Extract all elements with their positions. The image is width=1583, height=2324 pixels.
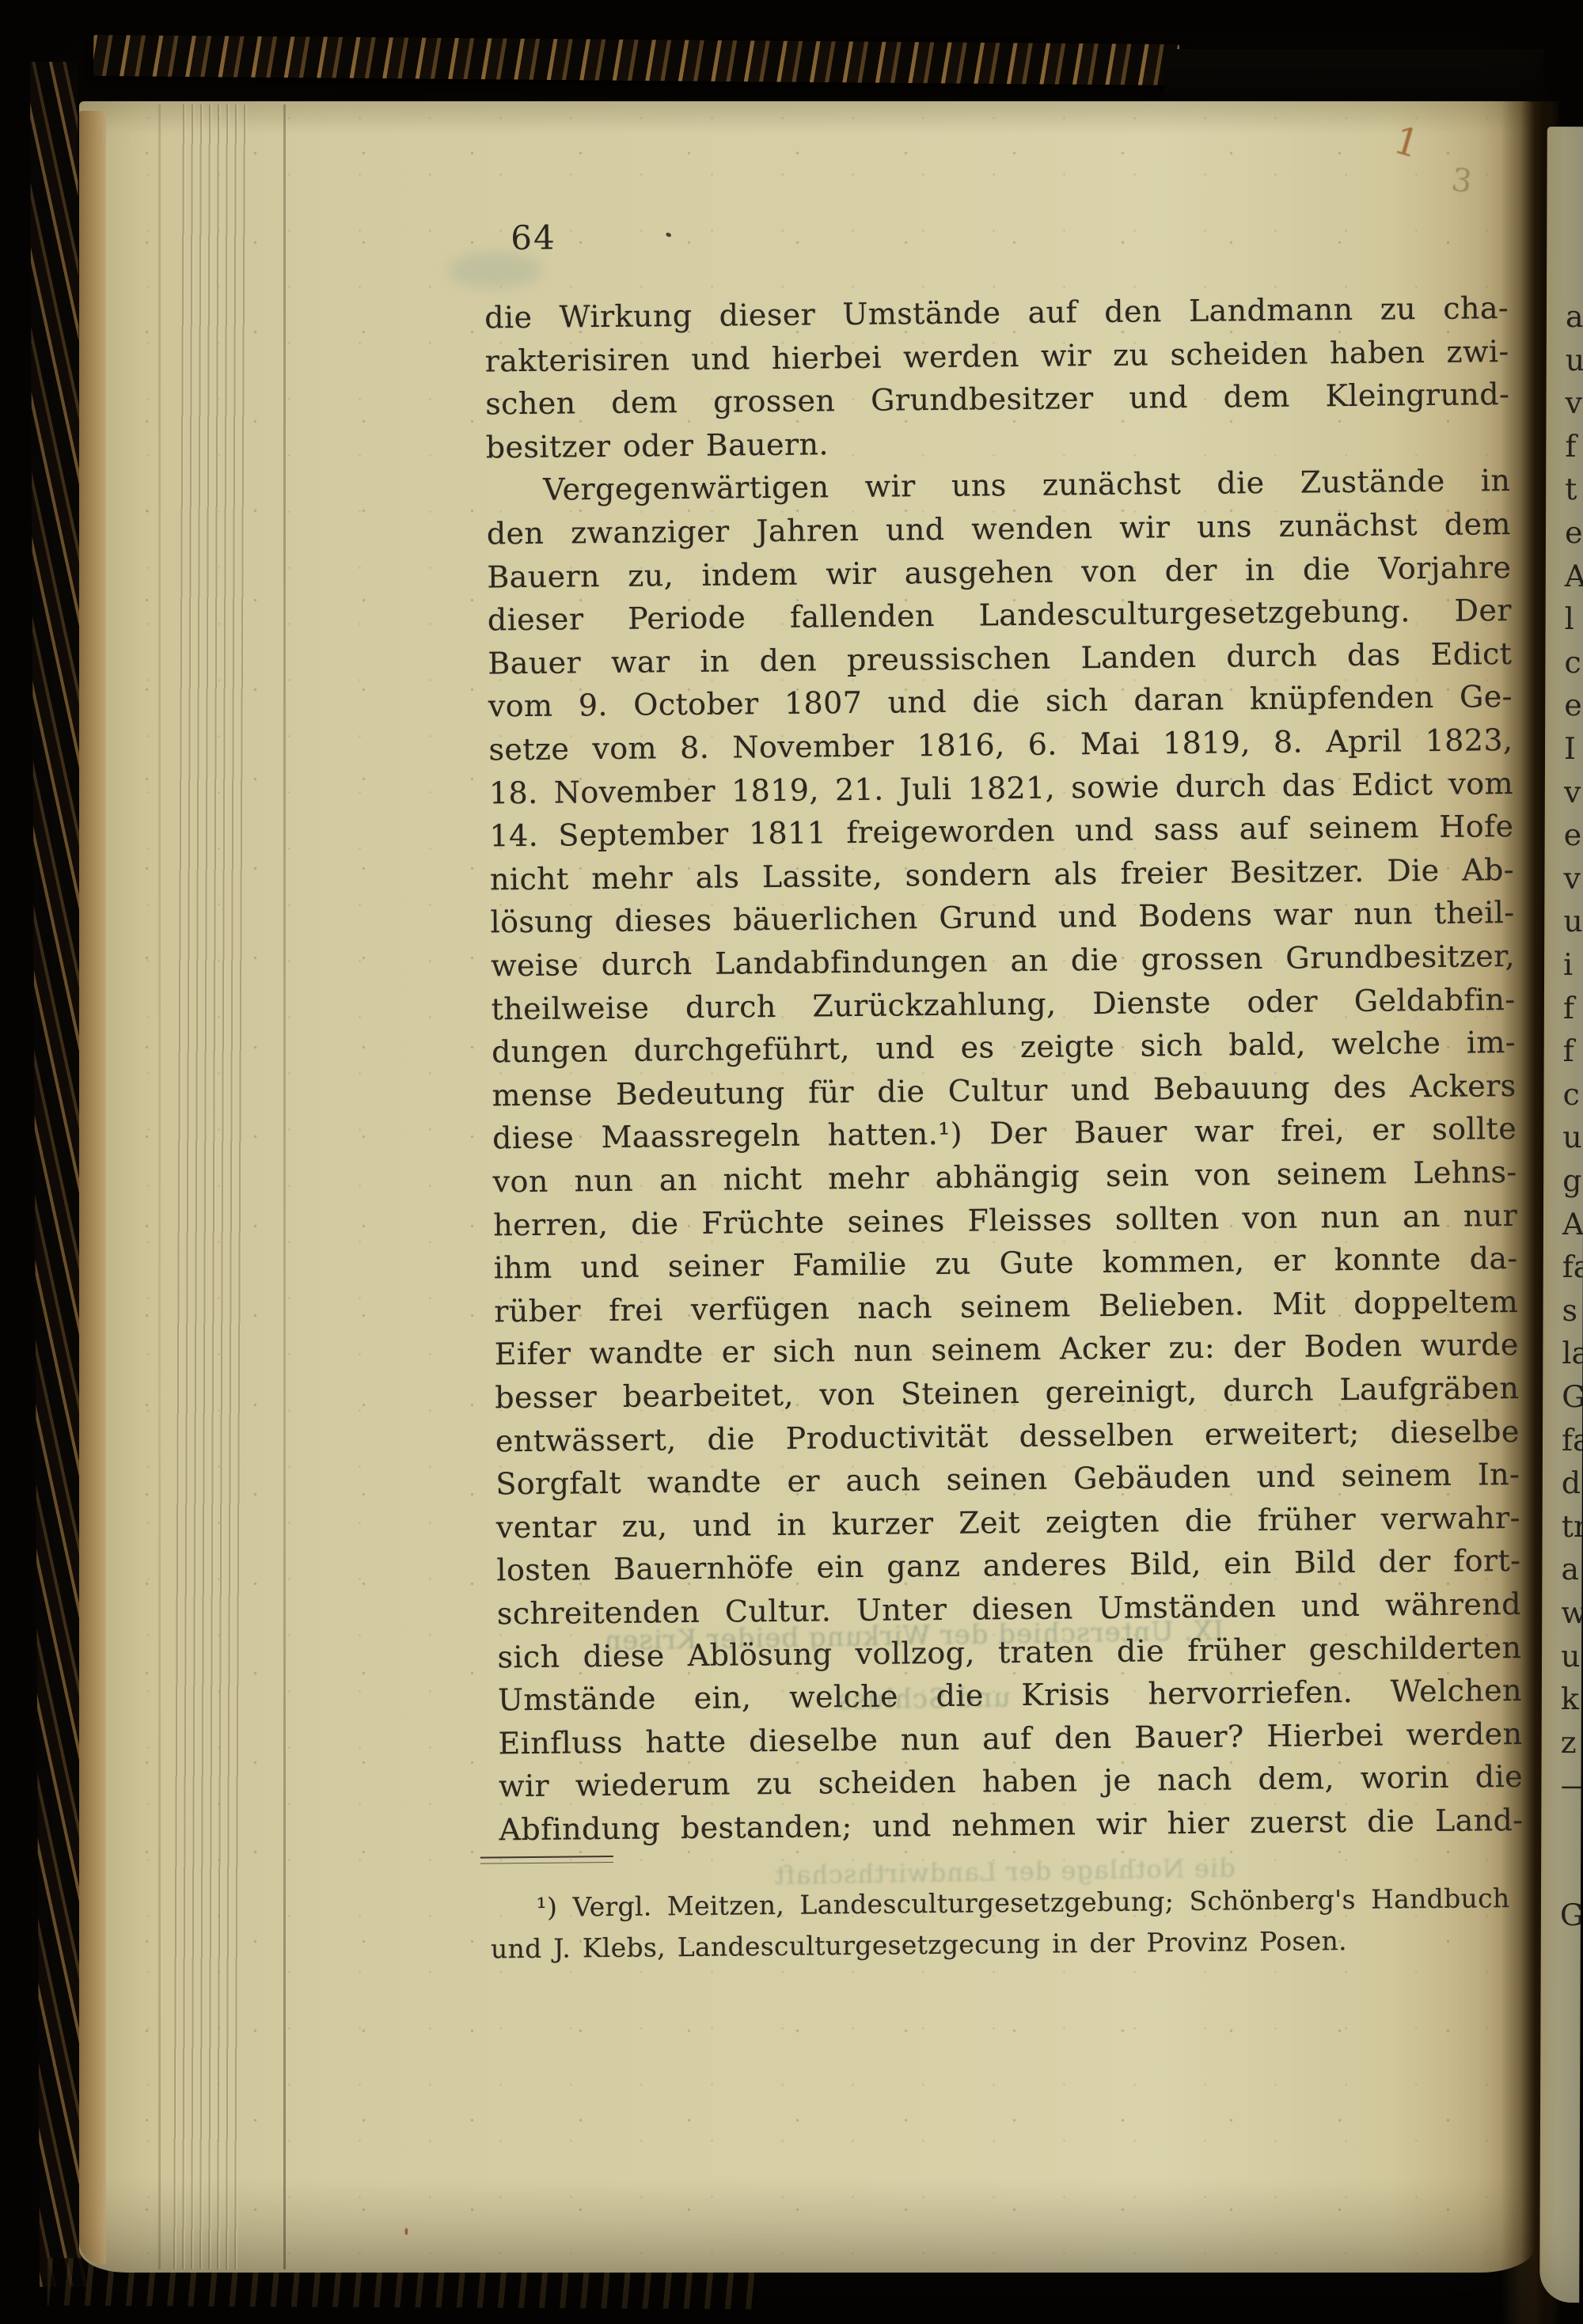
footnote-separator-rule (480, 1856, 613, 1864)
body-text: die Wirkung dieser Umstände auf den Land… (0, 0, 1580, 5)
red-fleck (404, 2228, 408, 2235)
printed-text-layer: IX. Unterschied der Wirkung beider Krise… (0, 0, 1583, 2324)
ink-fleck (665, 232, 671, 237)
footnote-text: ¹) Vergl. Meitzen, Landesculturgesetzgeb… (0, 0, 1580, 5)
book-photo: auvfteAlceIvevuiffcugAfaslaGfadtrawukz—G… (0, 0, 1583, 2324)
footnote-line: und J. Klebs, Landesculturgesetzgecung i… (491, 1920, 1510, 1969)
text-line: Abfindung bestanden; und nehmen wir hier… (499, 1799, 1523, 1852)
page-number: 64 (511, 218, 556, 258)
